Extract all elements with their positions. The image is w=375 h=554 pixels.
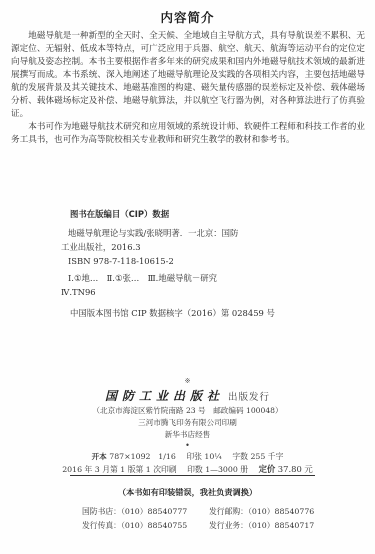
cip-data-block: 图书在版编目（CIP）数据 地磁导航理论与实践/张晓明著．一北京：国防 工业出版…: [61, 207, 361, 320]
cip-classification: Ⅰ.①地… Ⅱ.①张… Ⅲ.地磁导航－研究: [61, 271, 361, 285]
divider-line: [70, 475, 315, 476]
colophon: ※ 国防工业出版社出版发行 （北京市海淀区紫竹院南路 23 号 邮政编码 100…: [0, 376, 375, 475]
publisher-row: 国防工业出版社出版发行: [0, 387, 375, 405]
cip-header: 图书在版编目（CIP）数据: [70, 207, 361, 221]
contact-item: 国防书店：（010）88540777: [82, 505, 187, 519]
contact-item: 发行业务：（010）88540717: [209, 519, 314, 533]
format-specs: 开本 787×1092 1/16 印张 10¼ 字数 255 千字: [0, 451, 375, 463]
publisher-logo-calligraphy: 国防工业出版社: [105, 389, 224, 403]
printer: 三河市腾飞印务有限公司印刷: [0, 417, 375, 429]
contact-phone: （010）88540717: [248, 521, 314, 530]
cip-title-line: 地磁导航理论与实践/张晓明著．一北京：国防: [61, 226, 361, 240]
bullet-icon: •: [0, 441, 375, 451]
words-value: 255 千字: [250, 452, 283, 461]
contact-list: 国防书店：（010）88540777 发行邮购：（010）88540776 发行…: [82, 505, 322, 533]
words-label: 字数: [232, 452, 248, 461]
cip-approval-number: 中国版本图书馆 CIP 数据核字（2016）第 028459 号: [61, 306, 361, 320]
contact-row: 国防书店：（010）88540777 发行邮购：（010）88540776: [82, 505, 322, 519]
contact-phone: （010）88540777: [121, 507, 187, 516]
cip-class-number: Ⅳ.TN96: [61, 285, 361, 299]
price-value: 37.80 元: [278, 464, 313, 474]
summary-paragraph: 地磁导航是一种新型的全天时、全天候、全地域自主导航方式，具有导航误差不累积、无源…: [11, 30, 365, 121]
contact-row: 发行传真：（010）88540755 发行业务：（010）88540717: [82, 519, 322, 533]
contact-phone: （010）88540755: [121, 521, 187, 530]
replacement-notice: （本书如有印装错误，我社负责调换）: [0, 487, 375, 498]
cip-publisher-line: 工业出版社，2016.3: [61, 240, 361, 254]
sheets-label: 印张: [186, 452, 202, 461]
book-copyright-page: 内容简介 地磁导航是一种新型的全天时、全天候、全地域自主导航方式，具有导航误差不…: [0, 0, 375, 554]
contact-label: 发行邮购：: [209, 507, 248, 516]
format-label: 开本: [92, 452, 107, 461]
summary-paragraph: 本书可作为地磁导航技术研究和应用领域的系统设计师、软硬件工程师和科技工作者的业务…: [11, 121, 365, 147]
reference-mark-icon: ※: [0, 376, 375, 387]
sheets-value: 10¼: [204, 452, 221, 461]
contact-label: 发行业务：: [209, 521, 248, 530]
page-title: 内容简介: [0, 8, 375, 26]
format-value: 787×1092 1/16: [109, 452, 176, 461]
cip-isbn: ISBN 978-7-118-10615-2: [61, 254, 361, 268]
edition-specs: 2016 年 3 月第 1 版第 1 次印刷 印数 1—3000 册 定价 37…: [0, 463, 375, 475]
contact-item: 发行传真：（010）88540755: [82, 519, 187, 533]
contact-label: 国防书店：: [82, 507, 121, 516]
publish-label: 出版发行: [228, 392, 270, 403]
print-run: 印数 1—3000 册: [187, 465, 248, 474]
price-label: 定价: [259, 464, 276, 474]
contact-label: 发行传真：: [82, 521, 121, 530]
edition: 2016 年 3 月第 1 版第 1 次印刷: [62, 465, 176, 474]
summary-section: 地磁导航是一种新型的全天时、全天候、全地域自主导航方式，具有导航误差不累积、无源…: [11, 30, 365, 147]
contact-phone: （010）88540776: [248, 507, 314, 516]
contact-item: 发行邮购：（010）88540776: [209, 505, 314, 519]
publisher-address: （北京市海淀区紫竹院南路 23 号 邮政编码 100048）: [0, 405, 375, 417]
distributor: 新华书店经售: [0, 429, 375, 441]
